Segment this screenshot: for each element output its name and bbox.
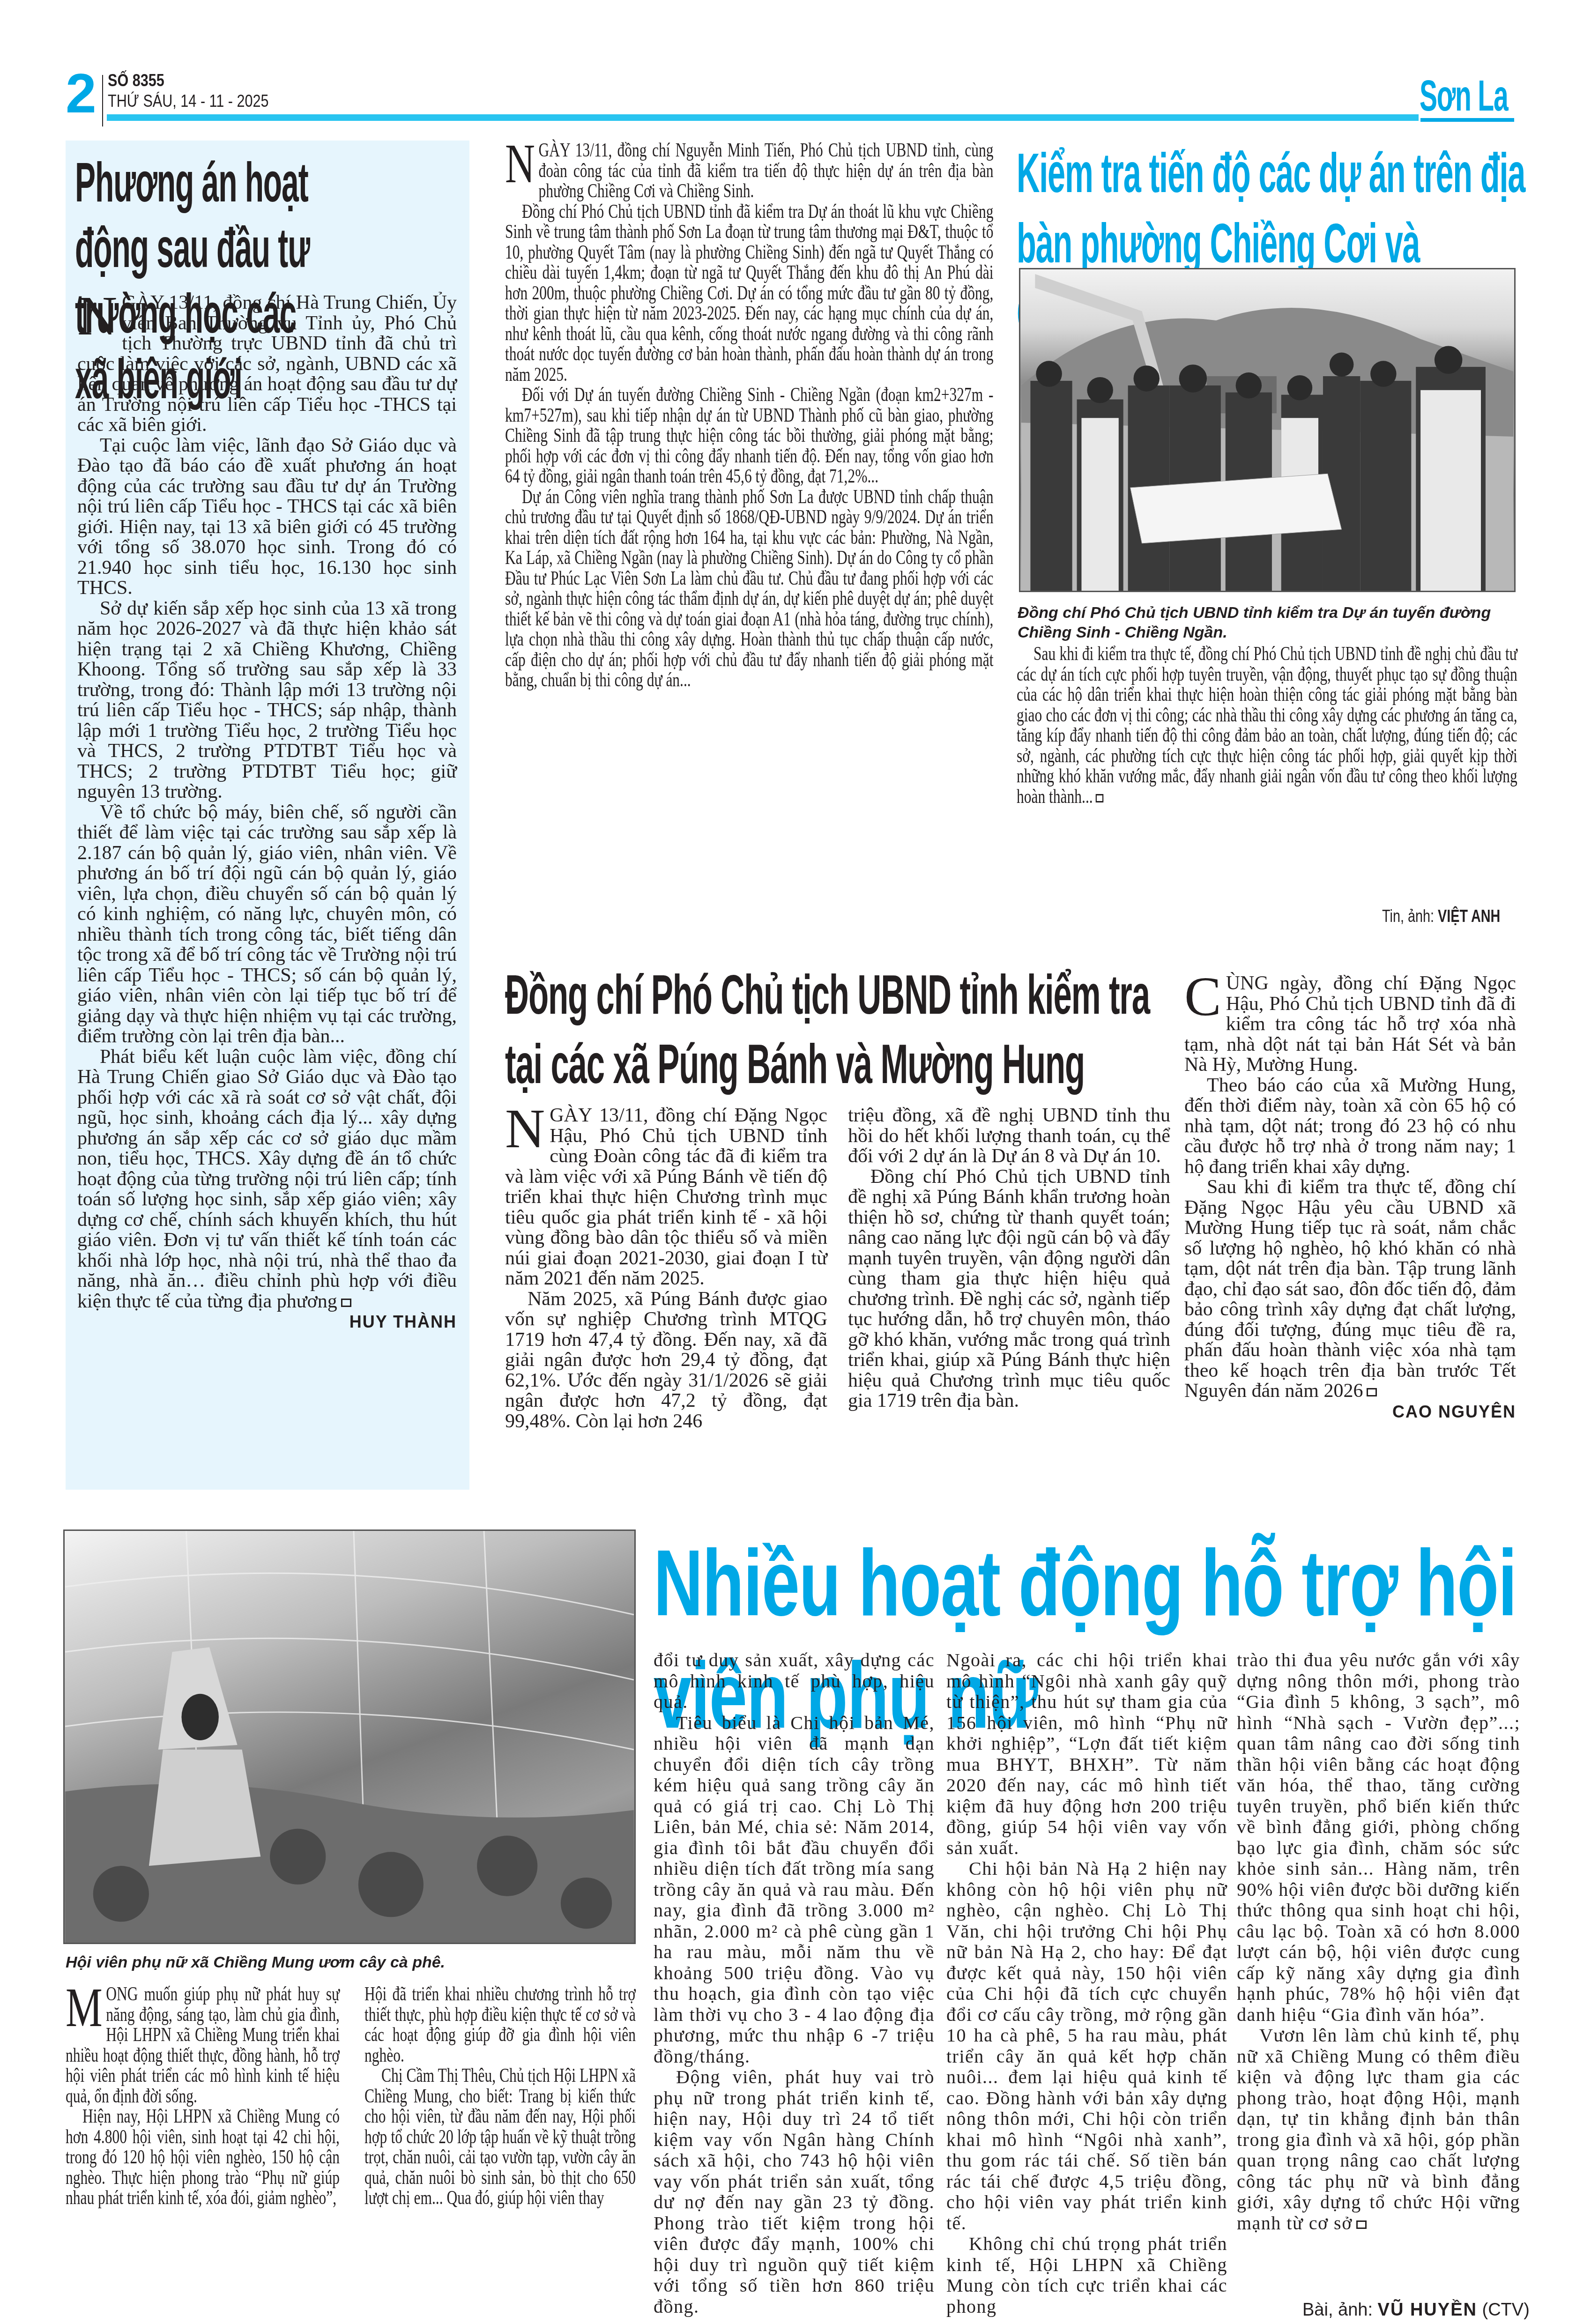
paragraph: Theo báo cáo của xã Mường Hung, đến thời… (1184, 1076, 1516, 1178)
photo-caption: Đồng chí Phó Chủ tịch UBND tỉnh kiểm tra… (1018, 603, 1524, 642)
paragraph: Về tổ chức bộ máy, biên chế, số người cầ… (77, 802, 457, 1047)
paragraph: đổi tư duy sản xuất, xây dựng các mô hìn… (654, 1650, 935, 1713)
dropcap: C (1184, 976, 1221, 1017)
newspaper-brand: Sơn La (1420, 70, 1508, 122)
issue-date: THỨ SÁU, 14 - 11 - 2025 (108, 92, 269, 111)
article-body: NGÀY 13/11, đồng chí Hà Trung Chiến, Ủy … (77, 293, 457, 1332)
paragraph: Hiện nay, Hội LHPN xã Chiềng Mung có hơn… (66, 2107, 340, 2209)
paragraph: NGÀY 13/11, đồng chí Hà Trung Chiến, Ủy … (77, 293, 457, 436)
photo-caption: Hội viên phụ nữ xã Chiềng Mung ươm cây c… (66, 1953, 628, 1972)
paragraph: NGÀY 13/11, đồng chí Nguyễn Minh Tiến, P… (505, 141, 994, 202)
end-mark-icon (341, 1299, 351, 1307)
woman-tending-seedlings-image-icon (65, 1531, 634, 1943)
article-body: NGÀY 13/11, đồng chí Nguyễn Minh Tiến, P… (505, 141, 994, 691)
paragraph: Dự án Công viên nghĩa trang thành phố Sơ… (505, 487, 994, 691)
article-column-1: MONG muốn giúp phụ nữ phát huy sự năng đ… (66, 1984, 340, 2209)
paragraph: triệu đồng, xã đề nghị UBND tỉnh thu hồi… (848, 1106, 1170, 1167)
paragraph: Vươn lên làm chủ kinh tế, phụ nữ xã Chiề… (1237, 2025, 1520, 2234)
issue-number: SỐ 8355 (108, 71, 164, 90)
paragraph: Đối với Dự án tuyến đường Chiềng Sinh - … (505, 385, 994, 487)
inspection-photo (1019, 268, 1516, 592)
paragraph: Đồng chí Phó Chủ tịch UBND tỉnh đã kiểm … (505, 202, 994, 386)
paragraph: Tiêu biểu là Chi hội bản Mé, nhiều hội v… (654, 1713, 935, 2067)
paragraph: Tại cuộc làm việc, lãnh đạo Sở Giáo dục … (77, 436, 457, 599)
credit: Tin, ảnh: VIỆT ANH (1382, 906, 1500, 926)
dropcap: N (77, 296, 117, 337)
people-reviewing-map-image-icon (1020, 269, 1514, 591)
article-column-3: đổi tư duy sản xuất, xây dựng các mô hìn… (654, 1650, 935, 2317)
article-closing: Sau khi đi kiểm tra thực tế, đồng chí Ph… (1017, 644, 1517, 807)
header-bar (107, 114, 1419, 121)
end-mark-icon (1356, 2220, 1367, 2229)
header-divider (102, 75, 103, 126)
dropcap: N (505, 1108, 545, 1150)
paragraph: Sau khi đi kiểm tra thực tế, đồng chí Ph… (1017, 644, 1517, 807)
paragraph: trào thi đua yêu nước gắn với xây dựng n… (1237, 1650, 1520, 2025)
article-column-3: CÙNG ngày, đồng chí Đặng Ngọc Hậu, Phó C… (1184, 973, 1516, 1422)
paragraph: Phát biểu kết luận cuộc làm việc, đồng c… (77, 1047, 457, 1312)
paragraph: Không chỉ chú trọng phát triển kinh tế, … (946, 2234, 1227, 2317)
paragraph: NGÀY 13/11, đồng chí Đặng Ngọc Hậu, Phó … (505, 1106, 827, 1289)
paragraph: Ngoài ra, các chi hội triển khai mô hình… (946, 1650, 1227, 1858)
paragraph: MONG muốn giúp phụ nữ phát huy sự năng đ… (66, 1984, 340, 2107)
article-column-2: Hội đã triển khai nhiều chương trình hỗ … (364, 1984, 636, 2209)
paragraph: Năm 2025, xã Púng Bánh được giao vốn sự … (505, 1289, 827, 1432)
end-mark-icon (1367, 1388, 1377, 1396)
page-number: 2 (66, 70, 97, 117)
paragraph: Sau khi đi kiểm tra thực tế, đồng chí Đặ… (1184, 1177, 1516, 1402)
article-column-5: trào thi đua yêu nước gắn với xây dựng n… (1237, 1650, 1520, 2234)
paragraph: Đồng chí Phó Chủ tịch UBND tỉnh đề nghị … (848, 1167, 1170, 1411)
end-mark-icon (1096, 794, 1104, 802)
paragraph: Sở dự kiến sắp xếp học sinh của 13 xã tr… (77, 599, 457, 802)
article-column-2: triệu đồng, xã đề nghị UBND tỉnh thu hồi… (848, 1106, 1170, 1411)
credit-name: VŨ HUYỀN (1378, 2300, 1477, 2320)
dropcap: M (66, 1987, 103, 2028)
paragraph: Động viên, phát huy vai trò phụ nữ trong… (654, 2067, 935, 2317)
dropcap: N (505, 143, 535, 185)
paragraph: Chị Cầm Thị Thêu, Chủ tịch Hội LHPN xã C… (364, 2066, 636, 2209)
coffee-nursery-photo (63, 1530, 636, 1944)
paragraph: Hội đã triển khai nhiều chương trình hỗ … (364, 1984, 636, 2066)
article-headline[interactable]: Đồng chí Phó Chủ tịch UBND tỉnh kiểm tra… (505, 960, 1180, 1099)
credit: Bài, ảnh: VŨ HUYỀN (CTV) (1302, 2300, 1530, 2320)
article-column-1: NGÀY 13/11, đồng chí Đặng Ngọc Hậu, Phó … (505, 1106, 827, 1432)
byline: HUY THÀNH (327, 1312, 457, 1332)
article-column-4: Ngoài ra, các chi hội triển khai mô hình… (946, 1650, 1227, 2317)
brand-underline (1420, 118, 1514, 122)
byline: CAO NGUYÊN (1370, 1402, 1516, 1422)
paragraph: Chi hội bản Nà Hạ 2 hiện nay không còn h… (946, 1858, 1227, 2234)
credit-name: VIỆT ANH (1438, 906, 1500, 926)
paragraph: CÙNG ngày, đồng chí Đặng Ngọc Hậu, Phó C… (1184, 973, 1516, 1076)
